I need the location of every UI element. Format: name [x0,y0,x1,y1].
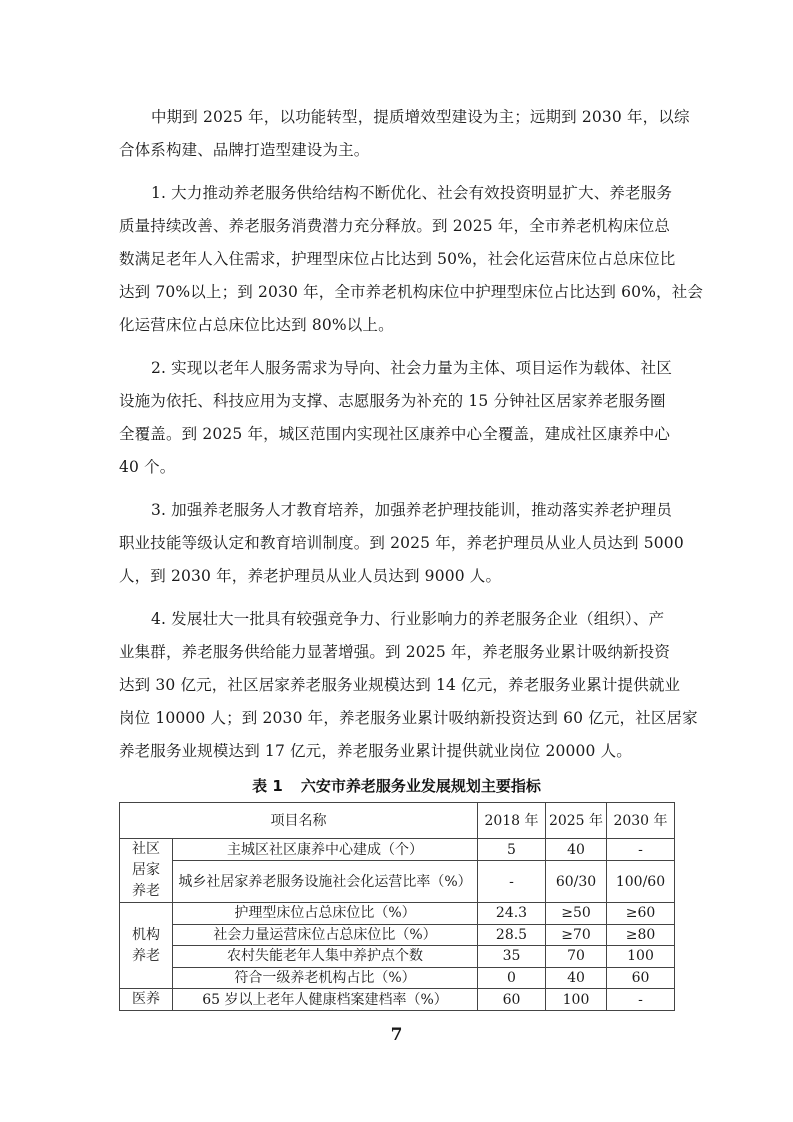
cell-item: 符合一级养老机构占比（%） [173,967,478,989]
cell-2030: 100/60 [607,861,675,903]
cell-2030: 100 [607,946,675,968]
cell-2025: 40 [546,839,607,861]
paragraph-line: 化运营床位占总床位比达到 80%以上。 [119,315,673,335]
group-label-community: 社区 居家 养老 [120,839,173,903]
cell-item: 社会力量运营床位占总床位比（%） [173,924,478,946]
paragraph-line: 合体系构建、品牌打造型建设为主。 [119,140,673,160]
cell-2018: 5 [478,839,546,861]
cell-item: 65 岁以上老年人健康档案建档率（%） [173,989,478,1011]
cell-item: 城乡社居家养老服务设施社会化运营比率（%） [173,861,478,903]
table-row: 机构 养老 护理型床位占总床位比（%） 24.3 ≥50 ≥60 [120,903,675,925]
cell-2030: ≥60 [607,903,675,925]
cell-2025: 60/30 [546,861,607,903]
table-row: 医养 65 岁以上老年人健康档案建档率（%） 60 100 - [120,989,675,1011]
paragraph-line: 全覆盖。到 2025 年，城区范围内实现社区康养中心全覆盖，建成社区康养中心 [119,424,673,444]
header-item-name: 项目名称 [120,803,478,839]
paragraph-line: 1. 大力推动养老服务供给结构不断优化、社会有效投资明显扩大、养老服务 [151,183,673,203]
paragraph-line: 业集群，养老服务供给能力显著增强。到 2025 年，养老服务业累计吸纳新投资 [119,642,673,662]
cell-2025: ≥50 [546,903,607,925]
indicators-table: 项目名称 2018 年 2025 年 2030 年 社区 居家 养老 主城区社区… [119,802,675,1011]
table-row: 城乡社居家养老服务设施社会化运营比率（%） - 60/30 100/60 [120,861,675,903]
group-label-institution: 机构 养老 [120,903,173,989]
table-header-row: 项目名称 2018 年 2025 年 2030 年 [120,803,675,839]
cell-2018: 0 [478,967,546,989]
paragraph-line: 40 个。 [119,457,673,477]
cell-2018: 60 [478,989,546,1011]
paragraph-line: 质量持续改善、养老服务消费潜力充分释放。到 2025 年，全市养老机构床位总 [119,216,673,236]
cell-2025: 70 [546,946,607,968]
cell-item: 主城区社区康养中心建成（个） [173,839,478,861]
paragraph-line: 4. 发展壮大一批具有较强竞争力、行业影响力的养老服务企业（组织）、产 [151,609,673,629]
cell-item: 农村失能老年人集中养护点个数 [173,946,478,968]
cell-2018: 24.3 [478,903,546,925]
table-caption-title: 六安市养老服务业发展规划主要指标 [301,777,541,795]
group-label-medical: 医养 [120,989,173,1011]
cell-2025: 100 [546,989,607,1011]
cell-2030: ≥80 [607,924,675,946]
cell-2018: - [478,861,546,903]
paragraph-line: 数满足老年人入住需求，护理型床位占比达到 50%，社会化运营床位占总床位比 [119,249,673,269]
paragraph-line: 养老服务业规模达到 17 亿元，养老服务业累计提供就业岗位 20000 人。 [119,741,673,761]
paragraph-line: 达到 70%以上；到 2030 年，全市养老机构床位中护理型床位占比达到 60%… [119,282,673,302]
paragraph-line: 岗位 10000 人；到 2030 年，养老服务业累计吸纳新投资达到 60 亿元… [119,708,673,728]
table-row: 社区 居家 养老 主城区社区康养中心建成（个） 5 40 - [120,839,675,861]
table-row: 农村失能老年人集中养护点个数 35 70 100 [120,946,675,968]
table-row: 符合一级养老机构占比（%） 0 40 60 [120,967,675,989]
cell-2030: - [607,989,675,1011]
paragraph-line: 设施为依托、科技应用为支撑、志愿服务为补充的 15 分钟社区居家养老服务圈 [119,391,673,411]
page-number: 7 [0,1025,793,1045]
table-caption-number: 表 1 [252,777,283,795]
cell-2025: ≥70 [546,924,607,946]
table-row: 社会力量运营床位占总床位比（%） 28.5 ≥70 ≥80 [120,924,675,946]
paragraph-line: 职业技能等级认定和教育培训制度。到 2025 年，养老护理员从业人员达到 500… [119,533,673,553]
cell-2018: 28.5 [478,924,546,946]
header-2025: 2025 年 [546,803,607,839]
paragraph-line: 3. 加强养老服务人才教育培养，加强养老护理技能训，推动落实养老护理员 [151,500,673,520]
paragraph-line: 达到 30 亿元，社区居家养老服务业规模达到 14 亿元，养老服务业累计提供就业 [119,675,673,695]
paragraph-line: 2. 实现以老年人服务需求为导向、社会力量为主体、项目运作为载体、社区 [151,358,673,378]
cell-2025: 40 [546,967,607,989]
header-2030: 2030 年 [607,803,675,839]
cell-2018: 35 [478,946,546,968]
paragraph-line: 人，到 2030 年，养老护理员从业人员达到 9000 人。 [119,566,673,586]
document-page: 中期到 2025 年，以功能转型，提质增效型建设为主；远期到 2030 年，以综… [0,0,793,1122]
table-caption: 表 1六安市养老服务业发展规划主要指标 [0,776,793,796]
cell-2030: 60 [607,967,675,989]
cell-item: 护理型床位占总床位比（%） [173,903,478,925]
paragraph-line: 中期到 2025 年，以功能转型，提质增效型建设为主；远期到 2030 年，以综 [151,107,673,127]
cell-2030: - [607,839,675,861]
header-2018: 2018 年 [478,803,546,839]
